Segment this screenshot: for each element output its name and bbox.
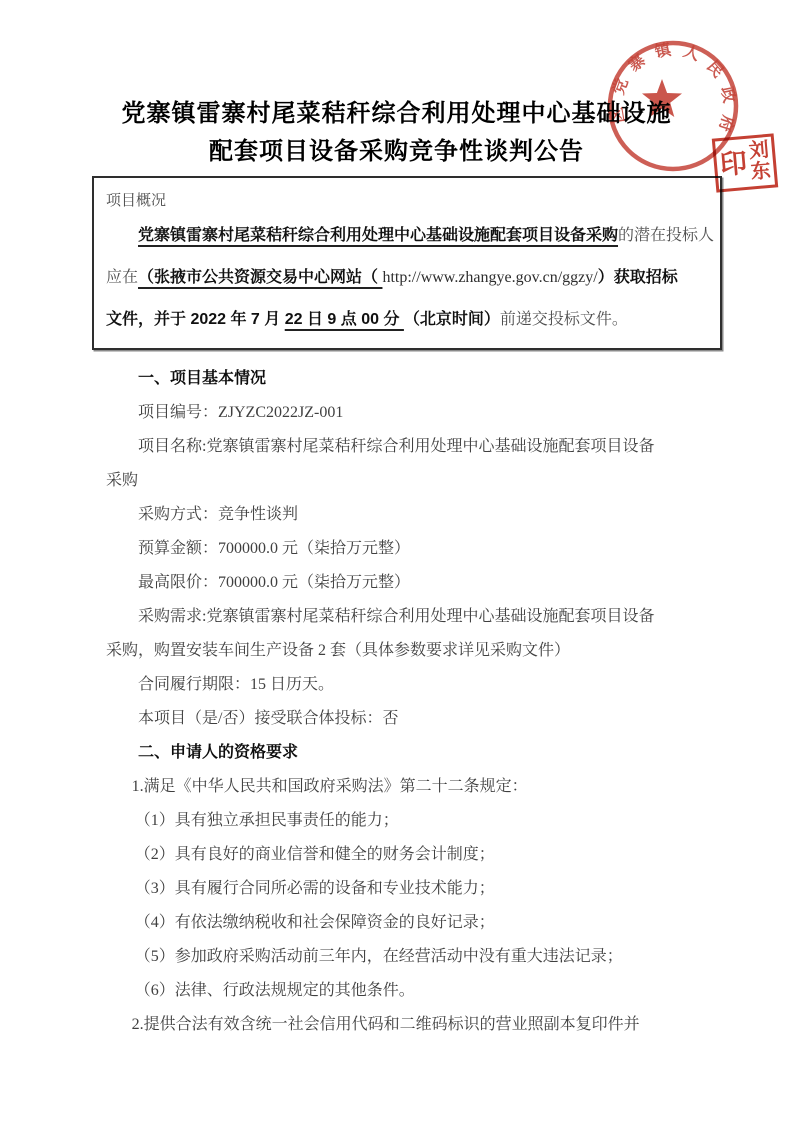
section-heading-basic-info: 一、项目基本情况 [106, 362, 718, 396]
tender-site-url: http://www.zhangye.gov.cn/ggzy/ [382, 269, 597, 286]
field-project-name-cont: 采购 [106, 464, 718, 498]
qualification-item-4: （4）有依法缴纳税收和社会保障资金的良好记录； [106, 906, 718, 940]
section-heading-qualifications: 二、申请人的资格要求 [106, 736, 718, 770]
overview-line-3: 文件，并于 2022 年 7 月 22 日 9 点 00 分 （北京时间）前递交… [106, 299, 708, 341]
name-seal-char-given: 东 [750, 161, 772, 184]
overview-line-2: 应在（张掖市公共资源交易中心网站（ http://www.zhangye.gov… [106, 257, 708, 299]
overview-line-1-text: 的潜在投标人 [618, 227, 714, 244]
qualification-item-3: （3）具有履行合同所必需的设备和专业技术能力； [106, 872, 718, 906]
deadline-timezone: （北京时间） [404, 311, 500, 328]
page-title-line-2: 配套项目设备采购竞争性谈判公告 [0, 133, 793, 171]
qualification-item-1: （1）具有独立承担民事责任的能力； [106, 804, 718, 838]
qualification-item-2: （2）具有良好的商业信誉和健全的财务会计制度； [106, 838, 718, 872]
tender-site-name: （张掖市公共资源交易中心网站（ [138, 269, 382, 286]
field-procurement-demand: 采购需求:党寨镇雷寨村尾菜秸秆综合利用处理中心基础设施配套项目设备 [106, 600, 718, 634]
name-seal-name-column: 刘 东 [748, 140, 772, 184]
overview-line-1: 党寨镇雷寨村尾菜秸秆综合利用处理中心基础设施配套项目设备采购的潜在投标人 [106, 215, 708, 257]
project-name-underlined: 党寨镇雷寨村尾菜秸秆综合利用处理中心基础设施配套项目设备采购 [138, 227, 618, 244]
overview-line-2-prefix: 应在 [106, 269, 138, 286]
project-overview-label: 项目概况 [106, 187, 708, 215]
deadline-prefix: 文件，并于 2022 年 7 月 [106, 311, 285, 328]
name-seal-char-yin: 印 [719, 149, 748, 178]
overview-line-3-suffix: 前递交投标文件。 [500, 311, 628, 328]
project-overview-box: 项目概况 党寨镇雷寨村尾菜秸秆综合利用处理中心基础设施配套项目设备采购的潜在投标… [92, 176, 722, 350]
qualification-item-6: （6）法律、行政法规规定的其他条件。 [106, 974, 718, 1008]
field-consortium-bid: 本项目（是/否）接受联合体投标：否 [106, 702, 718, 736]
field-project-number: 项目编号：ZJYZC2022JZ-001 [106, 396, 718, 430]
qualification-rule-2: 2.提供合法有效含统一社会信用代码和二维码标识的营业照副本复印件并 [106, 1008, 718, 1042]
field-project-name: 项目名称:党寨镇雷寨村尾菜秸秆综合利用处理中心基础设施配套项目设备 [106, 430, 718, 464]
document-page: 党寨镇雷寨村尾菜秸秆综合利用处理中心基础设施 配套项目设备采购竞争性谈判公告 项… [0, 0, 793, 1122]
field-procurement-demand-cont: 采购，购置安装车间生产设备 2 套（具体参数要求详见采购文件） [106, 634, 718, 668]
deadline-time-underlined: 22 日 9 点 00 分 [285, 311, 404, 328]
qualification-item-5: （5）参加政府采购活动前三年内，在经营活动中没有重大违法记录； [106, 940, 718, 974]
field-contract-duration: 合同履行期限：15 日历天。 [106, 668, 718, 702]
field-procurement-method: 采购方式：竞争性谈判 [106, 498, 718, 532]
qualification-rule-1: 1.满足《中华人民共和国政府采购法》第二十二条规定： [106, 770, 718, 804]
field-budget-amount: 预算金额：700000.0 元（柒拾万元整） [106, 532, 718, 566]
field-price-ceiling: 最高限价：700000.0 元（柒拾万元整） [106, 566, 718, 600]
personal-name-seal-stamp-icon: 印 刘 东 [712, 133, 778, 192]
project-overview-paragraph: 党寨镇雷寨村尾菜秸秆综合利用处理中心基础设施配套项目设备采购的潜在投标人 应在（… [106, 215, 708, 341]
overview-line-2-suffix: ）获取招标 [598, 269, 678, 286]
page-title-line-1: 党寨镇雷寨村尾菜秸秆综合利用处理中心基础设施 [0, 95, 793, 133]
announcement-body: 一、项目基本情况 项目编号：ZJYZC2022JZ-001 项目名称:党寨镇雷寨… [106, 362, 718, 1042]
page-title: 党寨镇雷寨村尾菜秸秆综合利用处理中心基础设施 配套项目设备采购竞争性谈判公告 [0, 0, 793, 171]
